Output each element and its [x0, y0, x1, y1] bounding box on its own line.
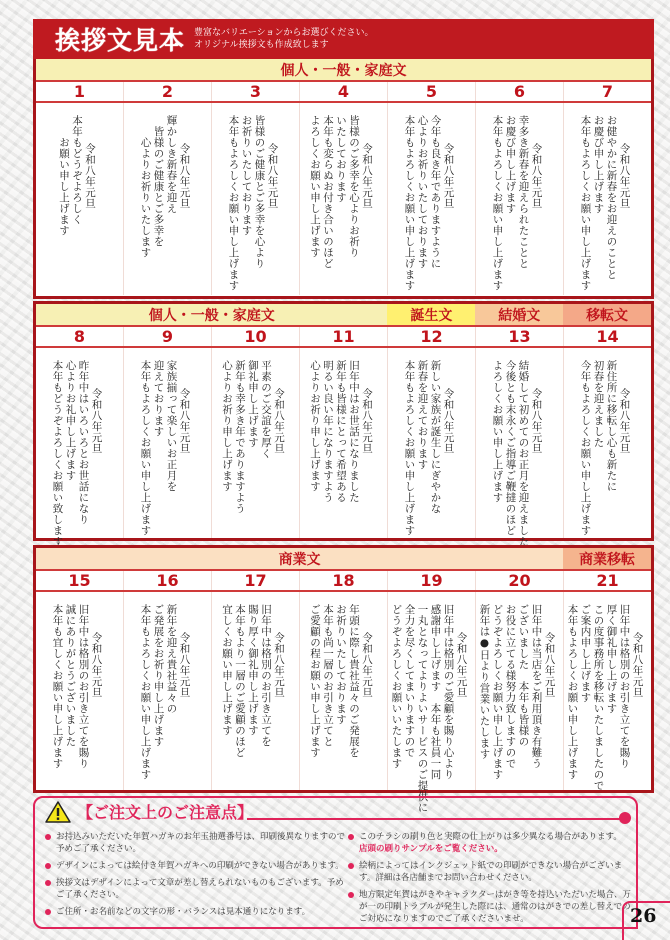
greeting-text: 旧年中は格別のお引き立てを賜り 厚く御礼申し上げます この度事務所を移転いたしま…	[566, 604, 631, 790]
greeting-text: 旧年中は当店をご利用頂き有難う ございました 本年も皆様の お役に立てる様努力致…	[478, 604, 543, 790]
greeting-date: 令和八年元旦	[530, 143, 545, 295]
greeting-text: 旧年中は格別のお引き立てを 賜り厚く御礼申し上げます 本年もより一層のご愛顧のほ…	[220, 604, 272, 790]
note-text: 絵柄によってはインクジェット紙での印刷ができない場合がございます。詳細は各店舗ま…	[359, 861, 622, 883]
greeting-text: 輝かしき新春を迎え 皆様のご健康とご多幸を 心よりお祈りいたします	[139, 115, 178, 295]
greeting-text: 新しい家族が誕生しにぎやかな 新春を迎えております 本年もよろしくお願い申し上げ…	[403, 360, 442, 538]
page: 挨拶文見本 豊富なバリエーションからお選びください。 オリジナル挨拶文も作成致し…	[0, 0, 670, 940]
greeting-text: 年頭に際し貴社益々のご発展を お祈りいたしております 本年も尚一層のお引き立てと…	[308, 604, 360, 790]
greeting-sample: 本年もどうぞよろしく お願い申し上げます令和八年元旦	[36, 103, 124, 295]
note-item: このチラシの刷り色と実際の仕上がりは多少異なる場合があります。店頭の刷りサンプル…	[346, 831, 636, 855]
sample-number: 18	[300, 571, 388, 590]
greeting-sample: 旧年中はお世話になりました 新年も皆様にとって希望ある 明るい良い年になりますよ…	[300, 348, 388, 538]
warning-triangle-icon	[45, 801, 71, 823]
greeting-date: 令和八年元旦	[442, 388, 457, 538]
greeting-date: 令和八年元旦	[530, 388, 545, 538]
greeting-sample: 旧年中は当店をご利用頂き有難う ございました 本年も皆様の お役に立てる様努力致…	[476, 592, 564, 790]
message-row: 本年もどうぞよろしく お願い申し上げます令和八年元旦輝かしき新春を迎え 皆様のご…	[36, 103, 651, 295]
greeting-sample: 新年を迎え貴社益々の ご発展をお祈り申し上げます 本年もよろしくお願い申し上げま…	[124, 592, 212, 790]
greeting-text: 昨年中はいろいろとお世話になり 心よりお礼申し上げます 本年もどうぞよろしくお願…	[51, 360, 90, 538]
greeting-sample: お健やかに新春をお迎えのことと お慶び申し上げます 本年もよろしくお願い申し上げ…	[564, 103, 651, 295]
subtitle-line-1: 豊富なバリエーションからお選びください。	[194, 27, 373, 39]
greeting-sample: 旧年中は格別のお引き立てを賜り 誠にありがとうございました 本年も宜しくお願い申…	[36, 592, 124, 790]
bullet-dot-icon	[348, 892, 354, 898]
notes-title: 【ご注文上のご注意点】	[77, 800, 253, 823]
category-header-move: 移転文	[563, 304, 651, 325]
greeting-text: 結婚して初めてのお正月を迎えました 今後とも末永くご指導ご鞭撻のほど よろしくお…	[491, 360, 530, 538]
page-title: 挨拶文見本	[55, 21, 185, 57]
greeting-sample: 新しい家族が誕生しにぎやかな 新春を迎えております 本年もよろしくお願い申し上げ…	[388, 348, 476, 538]
sample-number: 13	[476, 327, 564, 346]
greeting-date: 令和八年元旦	[442, 143, 457, 295]
greeting-text: 新住所に移転し心も新たに 初春を迎えました 今年もよろしくお願い申し上げます	[579, 360, 618, 538]
section-personal-birth-wedding-move: 個人・一般・家庭文誕生文結婚文移転文 891011121314 昨年中はいろいろ…	[33, 301, 654, 541]
category-header-business: 商業文	[36, 548, 563, 569]
greeting-sample: 旧年中は格別のお引き立てを賜り 厚く御礼申し上げます この度事務所を移転いたしま…	[564, 592, 651, 790]
greeting-sample: 新住所に移転し心も新たに 初春を迎えました 今年もよろしくお願い申し上げます令和…	[564, 348, 651, 538]
greeting-date: 令和八年元旦	[266, 143, 281, 295]
note-item: お持込みいただいた年賀ハガキのお年玉抽選番号は、印刷後異なりますので予めご了承く…	[43, 831, 348, 855]
section-business: 商業文商業移転 15161718192021 旧年中は格別のお引き立てを賜り 誠…	[33, 545, 654, 793]
note-text: ご住所・お名前などの文字の形・バランスは見本通りになります。	[56, 907, 310, 917]
greeting-sample: 昨年中はいろいろとお世話になり 心よりお礼申し上げます 本年もどうぞよろしくお願…	[36, 348, 124, 538]
notes-column-left: お持込みいただいた年賀ハガキのお年玉抽選番号は、印刷後異なりますので予めご了承く…	[43, 831, 348, 923]
greeting-text: 皆様のご多幸を心よりお祈り いたしております 本年も変らぬお付き合いのほど よろ…	[308, 115, 360, 295]
note-text: 地方限定年賀はがきやキャラクターはがき等を持込いただいた場合、万が一の印刷トラブ…	[359, 890, 631, 924]
greeting-date: 令和八年元旦	[178, 632, 193, 790]
greeting-text: 旧年中は格別のお引き立てを賜り 誠にありがとうございました 本年も宜しくお願い申…	[51, 604, 90, 790]
greeting-sample: 旧年中は格別のお引き立てを 賜り厚く御礼申し上げます 本年もより一層のご愛顧のほ…	[212, 592, 300, 790]
greeting-date: 令和八年元旦	[618, 388, 633, 538]
greeting-date: 令和八年元旦	[360, 388, 375, 538]
greeting-sample: 今年も良き年でありますように 心よりお祈りいたしております 本年もよろしくお願い…	[388, 103, 476, 295]
bullet-dot-icon	[348, 834, 354, 840]
note-item: 絵柄によってはインクジェット紙での印刷ができない場合がございます。詳細は各店舗ま…	[346, 860, 636, 884]
category-row: 個人・一般・家庭文誕生文結婚文移転文	[36, 304, 651, 327]
notes-column-right: このチラシの刷り色と実際の仕上がりは多少異なる場合があります。店頭の刷りサンプル…	[346, 831, 636, 930]
greeting-sample: 平素のご交誼を厚く 御礼申し上げます 新年も幸多き年でありますよう 心よりお祈り…	[212, 348, 300, 538]
sample-number: 20	[476, 571, 564, 590]
order-notes: 【ご注文上のご注意点】 お持込みいただいた年賀ハガキのお年玉抽選番号は、印刷後異…	[33, 796, 638, 929]
sample-number: 10	[212, 327, 300, 346]
category-header-personal: 個人・一般・家庭文	[36, 59, 651, 80]
greeting-date: 令和八年元旦	[83, 143, 98, 295]
greeting-date: 令和八年元旦	[178, 143, 193, 295]
greeting-date: 令和八年元旦	[543, 632, 558, 790]
message-row: 昨年中はいろいろとお世話になり 心よりお礼申し上げます 本年もどうぞよろしくお願…	[36, 348, 651, 538]
greeting-date: 令和八年元旦	[272, 388, 287, 538]
category-header-birth: 誕生文	[387, 304, 475, 325]
note-item: ご住所・お名前などの文字の形・バランスは見本通りになります。	[43, 906, 348, 918]
sample-number: 5	[388, 82, 476, 101]
greeting-sample: 皆様のご健康とご多幸を心より お祈りいたしております 本年もよろしくお願い申し上…	[212, 103, 300, 295]
page-subtitle: 豊富なバリエーションからお選びください。 オリジナル挨拶文も作成致します	[194, 27, 373, 51]
greeting-sample: 旧年中は格別のご愛顧を賜り心より 感謝申し上げます 本年も社員一同 一丸となって…	[388, 592, 476, 790]
note-item: 地方限定年賀はがきやキャラクターはがき等を持込いただいた場合、万が一の印刷トラブ…	[346, 889, 636, 925]
sample-number: 12	[388, 327, 476, 346]
sample-number: 4	[300, 82, 388, 101]
number-row: 1234567	[36, 82, 651, 103]
note-text: 挨拶文はデザインによって文章が差し替えられないものもございます。予めご了承くださ…	[56, 878, 344, 900]
notes-divider	[247, 818, 629, 820]
greeting-date: 令和八年元旦	[360, 632, 375, 790]
category-row: 商業文商業移転	[36, 548, 651, 571]
category-row: 個人・一般・家庭文	[36, 59, 651, 82]
sample-number: 3	[212, 82, 300, 101]
message-row: 旧年中は格別のお引き立てを賜り 誠にありがとうございました 本年も宜しくお願い申…	[36, 592, 651, 790]
number-row: 891011121314	[36, 327, 651, 348]
greeting-text: 本年もどうぞよろしく お願い申し上げます	[57, 115, 83, 295]
category-header-wedding: 結婚文	[475, 304, 563, 325]
bullet-dot-icon	[45, 834, 51, 840]
greeting-text: 今年も良き年でありますように 心よりお祈りいたしております 本年もよろしくお願い…	[403, 115, 442, 295]
greeting-sample: 家族揃って楽しいお正月を 迎えております 本年もよろしくお願い申し上げます令和八…	[124, 348, 212, 538]
greeting-sample: 輝かしき新春を迎え 皆様のご健康とご多幸を 心よりお祈りいたします令和八年元旦	[124, 103, 212, 295]
bullet-dot-icon	[348, 863, 354, 869]
greeting-sample: 結婚して初めてのお正月を迎えました 今後とも末永くご指導ご鞭撻のほど よろしくお…	[476, 348, 564, 538]
greeting-text: 幸多き新春を迎えられたことと お慶び申し上げます 本年もよろしくお願い申し上げま…	[491, 115, 530, 295]
category-header-personal: 個人・一般・家庭文	[36, 304, 387, 325]
greeting-date: 令和八年元旦	[178, 388, 193, 538]
greeting-text: 新年を迎え貴社益々の ご発展をお祈り申し上げます 本年もよろしくお願い申し上げま…	[139, 604, 178, 790]
greeting-text: 旧年中は格別のご愛顧を賜り心より 感謝申し上げます 本年も社員一同 一丸となって…	[390, 604, 455, 790]
note-item: 挨拶文はデザインによって文章が差し替えられないものもございます。予めご了承くださ…	[43, 877, 348, 901]
greeting-text: 平素のご交誼を厚く 御礼申し上げます 新年も幸多き年でありますよう 心よりお祈り…	[220, 360, 272, 538]
page-number: 26	[630, 905, 656, 927]
sample-number: 2	[124, 82, 212, 101]
sample-number: 6	[476, 82, 564, 101]
greeting-date: 令和八年元旦	[90, 632, 105, 790]
sample-number: 17	[212, 571, 300, 590]
note-text: お持込みいただいた年賀ハガキのお年玉抽選番号は、印刷後異なりますので予めご了承く…	[56, 832, 345, 854]
greeting-date: 令和八年元旦	[272, 632, 287, 790]
sample-number: 1	[36, 82, 124, 101]
greeting-text: 家族揃って楽しいお正月を 迎えております 本年もよろしくお願い申し上げます	[139, 360, 178, 538]
bullet-dot-icon	[45, 909, 51, 915]
greeting-sample: 年頭に際し貴社益々のご発展を お祈りいたしております 本年も尚一層のお引き立てと…	[300, 592, 388, 790]
greeting-date: 令和八年元旦	[90, 388, 105, 538]
sample-number: 7	[564, 82, 651, 101]
greeting-text: 皆様のご健康とご多幸を心より お祈りいたしております 本年もよろしくお願い申し上…	[227, 115, 266, 295]
greeting-sample: 皆様のご多幸を心よりお祈り いたしております 本年も変らぬお付き合いのほど よろ…	[300, 103, 388, 295]
bullet-dot-icon	[45, 880, 51, 886]
greeting-date: 令和八年元旦	[455, 632, 470, 790]
note-accent-text: 店頭の刷りサンプルをご覧ください。	[359, 843, 636, 855]
greeting-text: お健やかに新春をお迎えのことと お慶び申し上げます 本年もよろしくお願い申し上げ…	[579, 115, 618, 295]
note-item: デザインによっては絵付き年賀ハガキへの印刷ができない場合があります。	[43, 860, 348, 872]
sample-number: 21	[564, 571, 651, 590]
sample-number: 15	[36, 571, 124, 590]
greeting-date: 令和八年元旦	[360, 143, 375, 295]
notes-dot-decoration	[619, 812, 631, 824]
greeting-date: 令和八年元旦	[631, 632, 646, 790]
note-text: デザインによっては絵付き年賀ハガキへの印刷ができない場合があります。	[56, 861, 344, 871]
category-header-bizmove: 商業移転	[563, 548, 651, 569]
bullet-dot-icon	[45, 863, 51, 869]
greeting-date: 令和八年元旦	[618, 143, 633, 295]
number-row: 15161718192021	[36, 571, 651, 592]
section-personal: 個人・一般・家庭文 1234567 本年もどうぞよろしく お願い申し上げます令和…	[33, 59, 654, 299]
greeting-sample: 幸多き新春を迎えられたことと お慶び申し上げます 本年もよろしくお願い申し上げま…	[476, 103, 564, 295]
note-text: このチラシの刷り色と実際の仕上がりは多少異なる場合があります。	[359, 832, 622, 842]
sample-number: 14	[564, 327, 651, 346]
sample-number: 19	[388, 571, 476, 590]
title-bar: 挨拶文見本 豊富なバリエーションからお選びください。 オリジナル挨拶文も作成致し…	[33, 19, 654, 59]
sample-number: 11	[300, 327, 388, 346]
sample-number: 16	[124, 571, 212, 590]
sample-number: 8	[36, 327, 124, 346]
greeting-text: 旧年中はお世話になりました 新年も皆様にとって希望ある 明るい良い年になりますよ…	[308, 360, 360, 538]
subtitle-line-2: オリジナル挨拶文も作成致します	[194, 39, 373, 51]
sample-number: 9	[124, 327, 212, 346]
notes-header: 【ご注文上のご注意点】	[45, 800, 253, 823]
